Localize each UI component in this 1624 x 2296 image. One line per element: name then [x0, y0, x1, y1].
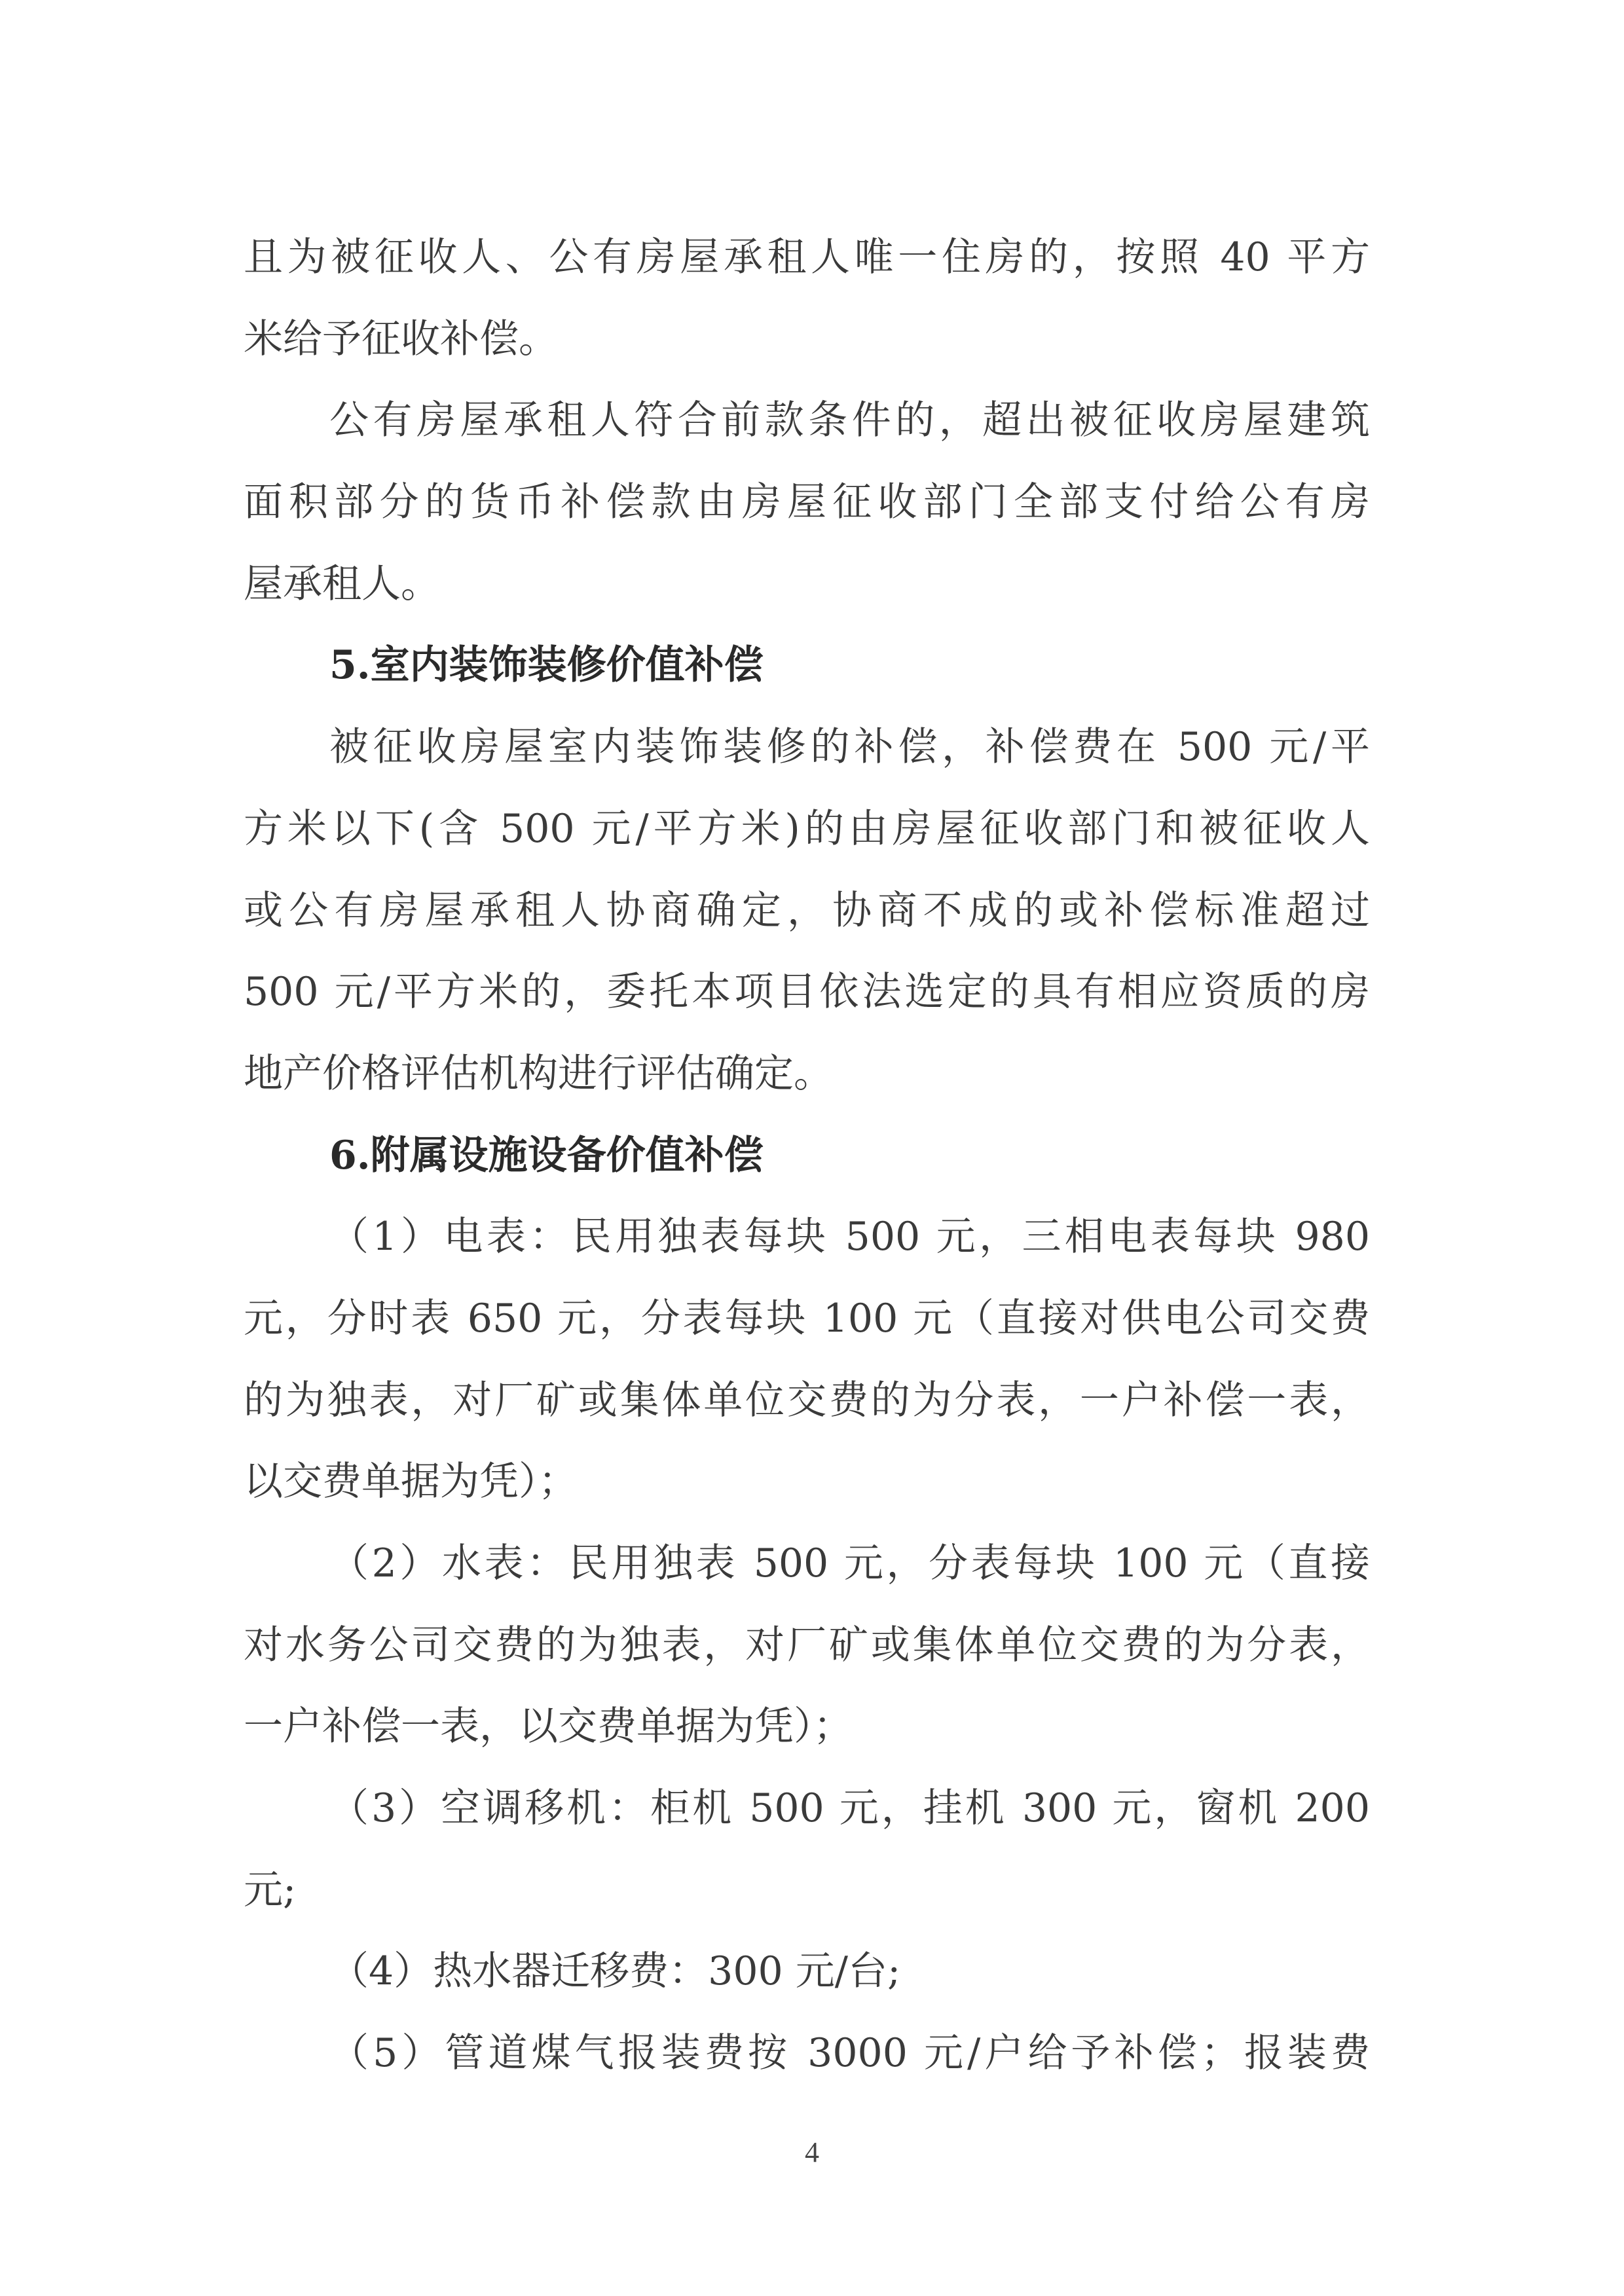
line-text: 对水务公司交费的为独表，对厂矿或集体单位交费的为分表， — [244, 1616, 1370, 1675]
page-number: 4 — [0, 2136, 1624, 2169]
paragraph-line: 方米以下(含 500 元/平方米)的由房屋征收部门和被征收人 — [244, 799, 1370, 881]
list-item-line: 元，分时表 650 元，分表每块 100 元（直接对供电公司交费 — [244, 1289, 1370, 1371]
list-item-line: （3）空调移机：柜机 500 元，挂机 300 元，窗机 200 — [244, 1779, 1370, 1861]
paragraph-line: 500 元/平方米的，委托本项目依法选定的具有相应资质的房 — [244, 962, 1370, 1044]
list-item-line: 以交费单据为凭）； — [244, 1452, 1370, 1534]
list-item-line: （1）电表：民用独表每块 500 元，三相电表每块 980 — [244, 1207, 1370, 1289]
line-text: （3）空调移机：柜机 500 元，挂机 300 元，窗机 200 — [329, 1779, 1370, 1838]
list-item-line: （2）水表：民用独表 500 元，分表每块 100 元（直接 — [244, 1534, 1370, 1616]
list-item-line: 一户补偿一表，以交费单据为凭）； — [244, 1697, 1370, 1779]
paragraph-line: 公有房屋承租人符合前款条件的，超出被征收房屋建筑 — [244, 391, 1370, 473]
paragraph-line: 地产价格评估机构进行评估确定。 — [244, 1044, 1370, 1126]
line-text: 公有房屋承租人符合前款条件的，超出被征收房屋建筑 — [329, 391, 1370, 450]
line-text: 500 元/平方米的，委托本项目依法选定的具有相应资质的房 — [244, 962, 1370, 1021]
document-body: 且为被征收人、公有房屋承租人唯一住房的，按照 40 平方 米给予征收补偿。 公有… — [244, 228, 1370, 2105]
document-page: 且为被征收人、公有房屋承租人唯一住房的，按照 40 平方 米给予征收补偿。 公有… — [0, 0, 1624, 2296]
line-text: 地产价格评估机构进行评估确定。 — [244, 1044, 1370, 1103]
line-text: 且为被征收人、公有房屋承租人唯一住房的，按照 40 平方 — [244, 228, 1370, 287]
section-heading-6: 6.附属设施设备价值补偿 — [244, 1126, 1370, 1208]
list-item-line: （5）管道煤气报装费按 3000 元/户给予补偿；报装费 — [244, 2024, 1370, 2105]
paragraph-line: 屋承租人。 — [244, 555, 1370, 636]
paragraph-line: 或公有房屋承租人协商确定，协商不成的或补偿标准超过 — [244, 881, 1370, 963]
line-text: 屋承租人。 — [244, 555, 1370, 613]
paragraph-line: 米给予征收补偿。 — [244, 310, 1370, 392]
paragraph-line: 且为被征收人、公有房屋承租人唯一住房的，按照 40 平方 — [244, 228, 1370, 310]
line-text: （4）热水器迁移费：300 元/台; — [329, 1942, 1370, 2001]
line-text: （2）水表：民用独表 500 元，分表每块 100 元（直接 — [329, 1534, 1370, 1593]
line-text: （1）电表：民用独表每块 500 元，三相电表每块 980 — [329, 1207, 1370, 1266]
list-item-line: （4）热水器迁移费：300 元/台; — [244, 1942, 1370, 2024]
line-text: 被征收房屋室内装饰装修的补偿，补偿费在 500 元/平 — [329, 718, 1370, 776]
list-item-line: 元; — [244, 1861, 1370, 1942]
line-text: （5）管道煤气报装费按 3000 元/户给予补偿；报装费 — [329, 2024, 1370, 2083]
line-text: 米给予征收补偿。 — [244, 310, 1370, 369]
heading-text: 5.室内装饰装修价值补偿 — [329, 636, 1370, 695]
line-text: 以交费单据为凭）； — [244, 1452, 1370, 1511]
section-heading-5: 5.室内装饰装修价值补偿 — [244, 636, 1370, 718]
line-text: 或公有房屋承租人协商确定，协商不成的或补偿标准超过 — [244, 881, 1370, 940]
paragraph-line: 面积部分的货币补偿款由房屋征收部门全部支付给公有房 — [244, 473, 1370, 555]
line-text: 的为独表，对厂矿或集体单位交费的为分表，一户补偿一表， — [244, 1371, 1370, 1430]
list-item-line: 对水务公司交费的为独表，对厂矿或集体单位交费的为分表， — [244, 1616, 1370, 1698]
line-text: 元; — [244, 1861, 1370, 1920]
line-text: 面积部分的货币补偿款由房屋征收部门全部支付给公有房 — [244, 473, 1370, 532]
line-text: 方米以下(含 500 元/平方米)的由房屋征收部门和被征收人 — [244, 799, 1370, 858]
heading-text: 6.附属设施设备价值补偿 — [329, 1126, 1370, 1185]
paragraph-line: 被征收房屋室内装饰装修的补偿，补偿费在 500 元/平 — [244, 718, 1370, 799]
list-item-line: 的为独表，对厂矿或集体单位交费的为分表，一户补偿一表， — [244, 1371, 1370, 1453]
line-text: 一户补偿一表，以交费单据为凭）； — [244, 1697, 1370, 1756]
line-text: 元，分时表 650 元，分表每块 100 元（直接对供电公司交费 — [244, 1289, 1370, 1348]
